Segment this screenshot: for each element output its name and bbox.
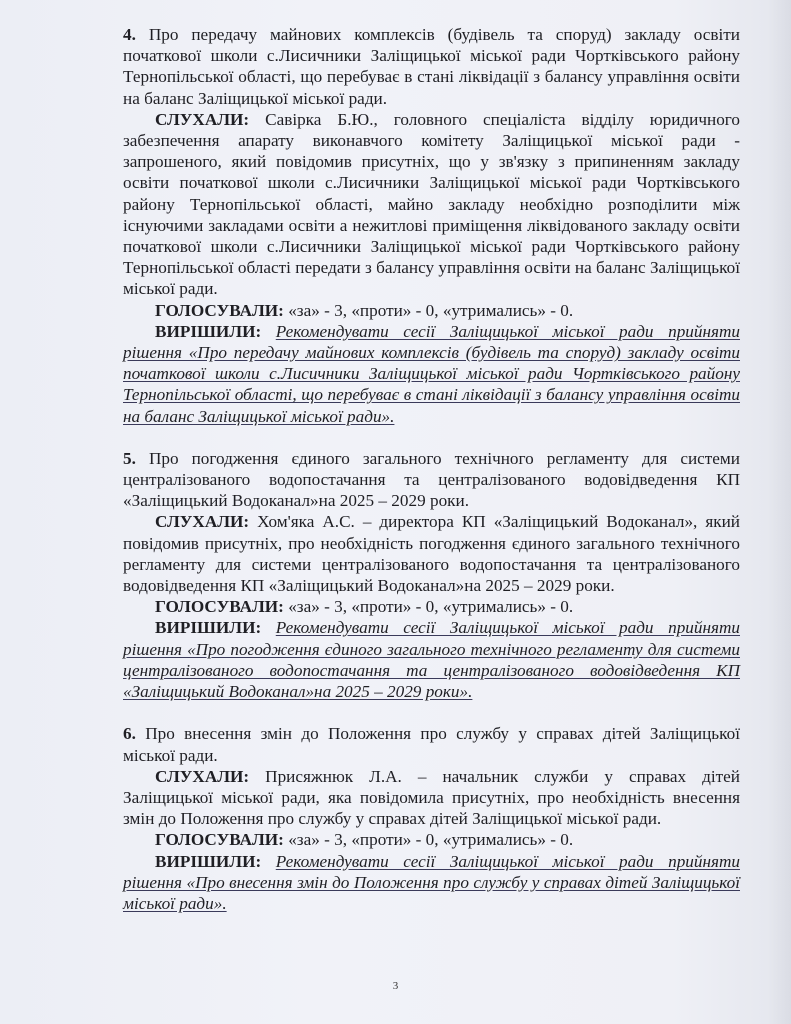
agenda-item-title: 5. Про погодження єдиного загального тех… [123,448,740,512]
heard-paragraph: СЛУХАЛИ: Савірка Б.Ю., головного спеціал… [123,109,740,300]
heard-text: Савірка Б.Ю., головного спеціаліста відд… [123,110,740,299]
decided-label: ВИРІШИЛИ: [155,322,261,341]
item-number: 5. [123,449,136,468]
decided-paragraph: ВИРІШИЛИ: Рекомендувати сесії Заліщицько… [123,851,740,915]
item-number: 4. [123,25,136,44]
agenda-item-4: 4. Про передачу майнових комплексів (буд… [123,24,740,427]
decided-label: ВИРІШИЛИ: [155,618,261,637]
voted-label: ГОЛОСУВАЛИ: [155,597,284,616]
voted-label: ГОЛОСУВАЛИ: [155,830,284,849]
agenda-item-5: 5. Про погодження єдиного загального тех… [123,448,740,702]
decided-label: ВИРІШИЛИ: [155,852,261,871]
document-body: 4. Про передачу майнових комплексів (буд… [123,24,740,914]
decided-paragraph: ВИРІШИЛИ: Рекомендувати сесії Заліщицько… [123,617,740,702]
heard-label: СЛУХАЛИ: [155,110,249,129]
voted-paragraph: ГОЛОСУВАЛИ: «за» - 3, «проти» - 0, «утри… [123,829,740,850]
item-title-text: Про погодження єдиного загального техніч… [123,449,740,510]
item-title-text: Про внесення змін до Положення про служб… [123,724,740,764]
heard-label: СЛУХАЛИ: [155,512,249,531]
item-number: 6. [123,724,136,743]
spacer [123,702,740,723]
heard-paragraph: СЛУХАЛИ: Хом'яка А.С. – директора КП «За… [123,511,740,596]
voted-paragraph: ГОЛОСУВАЛИ: «за» - 3, «проти» - 0, «утри… [123,300,740,321]
heard-paragraph: СЛУХАЛИ: Присяжнюк Л.А. – начальник служ… [123,766,740,830]
item-title-text: Про передачу майнових комплексів (будіве… [123,25,740,108]
voted-text: «за» - 3, «проти» - 0, «утримались» - 0. [288,830,573,849]
decided-paragraph: ВИРІШИЛИ: Рекомендувати сесії Заліщицько… [123,321,740,427]
agenda-item-6: 6. Про внесення змін до Положення про сл… [123,723,740,914]
heard-label: СЛУХАЛИ: [155,767,249,786]
voted-text: «за» - 3, «проти» - 0, «утримались» - 0. [288,597,573,616]
scanned-page: 4. Про передачу майнових комплексів (буд… [0,0,791,1024]
spacer [123,427,740,448]
page-number: 3 [0,980,791,992]
voted-label: ГОЛОСУВАЛИ: [155,301,284,320]
agenda-item-title: 6. Про внесення змін до Положення про сл… [123,723,740,765]
voted-text: «за» - 3, «проти» - 0, «утримались» - 0. [288,301,573,320]
agenda-item-title: 4. Про передачу майнових комплексів (буд… [123,24,740,109]
voted-paragraph: ГОЛОСУВАЛИ: «за» - 3, «проти» - 0, «утри… [123,596,740,617]
